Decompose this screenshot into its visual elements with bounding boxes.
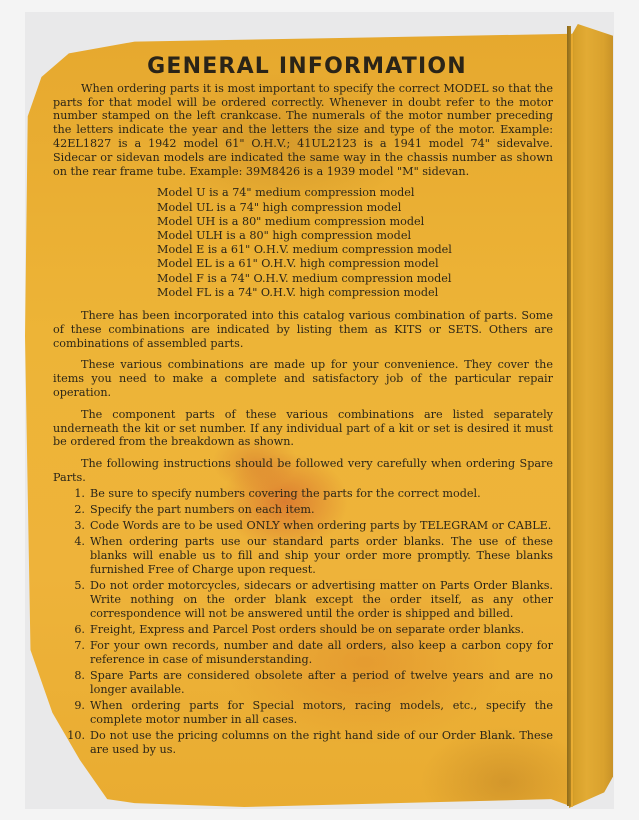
- instruction-number: 6.: [53, 623, 90, 637]
- instruction-text: Do not order motorcycles, sidecars or ad…: [90, 579, 553, 620]
- instruction-item: 7.For your own records, number and date …: [53, 639, 553, 667]
- instruction-text: Code Words are to be used ONLY when orde…: [90, 519, 553, 533]
- page-title: GENERAL INFORMATION: [53, 60, 553, 74]
- instruction-number: 10.: [53, 729, 90, 757]
- instruction-list: 1.Be sure to specify numbers covering th…: [53, 487, 553, 757]
- instruction-number: 9.: [53, 699, 90, 727]
- instruction-item: 8.Spare Parts are considered obsolete af…: [53, 669, 553, 697]
- model-item: Model UL is a 74" high compression model: [157, 201, 553, 215]
- instruction-item: 6.Freight, Express and Parcel Post order…: [53, 623, 553, 637]
- instruction-number: 7.: [53, 639, 90, 667]
- intro-paragraph: When ordering parts it is most important…: [53, 82, 553, 179]
- instruction-number: 2.: [53, 503, 90, 517]
- page-content: GENERAL INFORMATION When ordering parts …: [53, 60, 553, 759]
- instruction-text: Spare Parts are considered obsolete afte…: [90, 669, 553, 697]
- model-item: Model FL is a 74" O.H.V. high compressio…: [157, 286, 553, 300]
- spine-edge: [567, 26, 571, 806]
- book-spine: [569, 24, 613, 808]
- instruction-text: When ordering parts use our standard par…: [90, 535, 553, 576]
- model-item: Model U is a 74" medium compression mode…: [157, 186, 553, 200]
- instruction-text: Freight, Express and Parcel Post orders …: [90, 623, 553, 637]
- model-item: Model E is a 61" O.H.V. medium compressi…: [157, 243, 553, 257]
- instruction-text: When ordering parts for Special motors, …: [90, 699, 553, 727]
- model-item: Model EL is a 61" O.H.V. high compressio…: [157, 257, 553, 271]
- model-list: Model U is a 74" medium compression mode…: [157, 186, 553, 300]
- instruction-number: 5.: [53, 579, 90, 620]
- instruction-text: Be sure to specify numbers covering the …: [90, 487, 553, 501]
- model-item: Model ULH is a 80" high compression mode…: [157, 229, 553, 243]
- kits-paragraph: There has been incorporated into this ca…: [53, 309, 553, 350]
- instruction-number: 8.: [53, 669, 90, 697]
- component-parts-paragraph: The component parts of these various com…: [53, 408, 553, 449]
- instruction-item: 9.When ordering parts for Special motors…: [53, 699, 553, 727]
- instruction-item: 3.Code Words are to be used ONLY when or…: [53, 519, 553, 533]
- instruction-text: Specify the part numbers on each item.: [90, 503, 553, 517]
- instruction-text: Do not use the pricing columns on the ri…: [90, 729, 553, 757]
- instruction-item: 10.Do not use the pricing columns on the…: [53, 729, 553, 757]
- instruction-item: 5.Do not order motorcycles, sidecars or …: [53, 579, 553, 620]
- instruction-text: For your own records, number and date al…: [90, 639, 553, 667]
- instruction-number: 1.: [53, 487, 90, 501]
- instruction-number: 3.: [53, 519, 90, 533]
- instruction-item: 4.When ordering parts use our standard p…: [53, 535, 553, 576]
- instructions-intro-paragraph: The following instructions should be fol…: [53, 457, 553, 485]
- convenience-paragraph: These various combinations are made up f…: [53, 358, 553, 399]
- instruction-number: 4.: [53, 535, 90, 576]
- model-item: Model F is a 74" O.H.V. medium compressi…: [157, 272, 553, 286]
- instruction-item: 1.Be sure to specify numbers covering th…: [53, 487, 553, 501]
- model-item: Model UH is a 80" medium compression mod…: [157, 215, 553, 229]
- instruction-item: 2.Specify the part numbers on each item.: [53, 503, 553, 517]
